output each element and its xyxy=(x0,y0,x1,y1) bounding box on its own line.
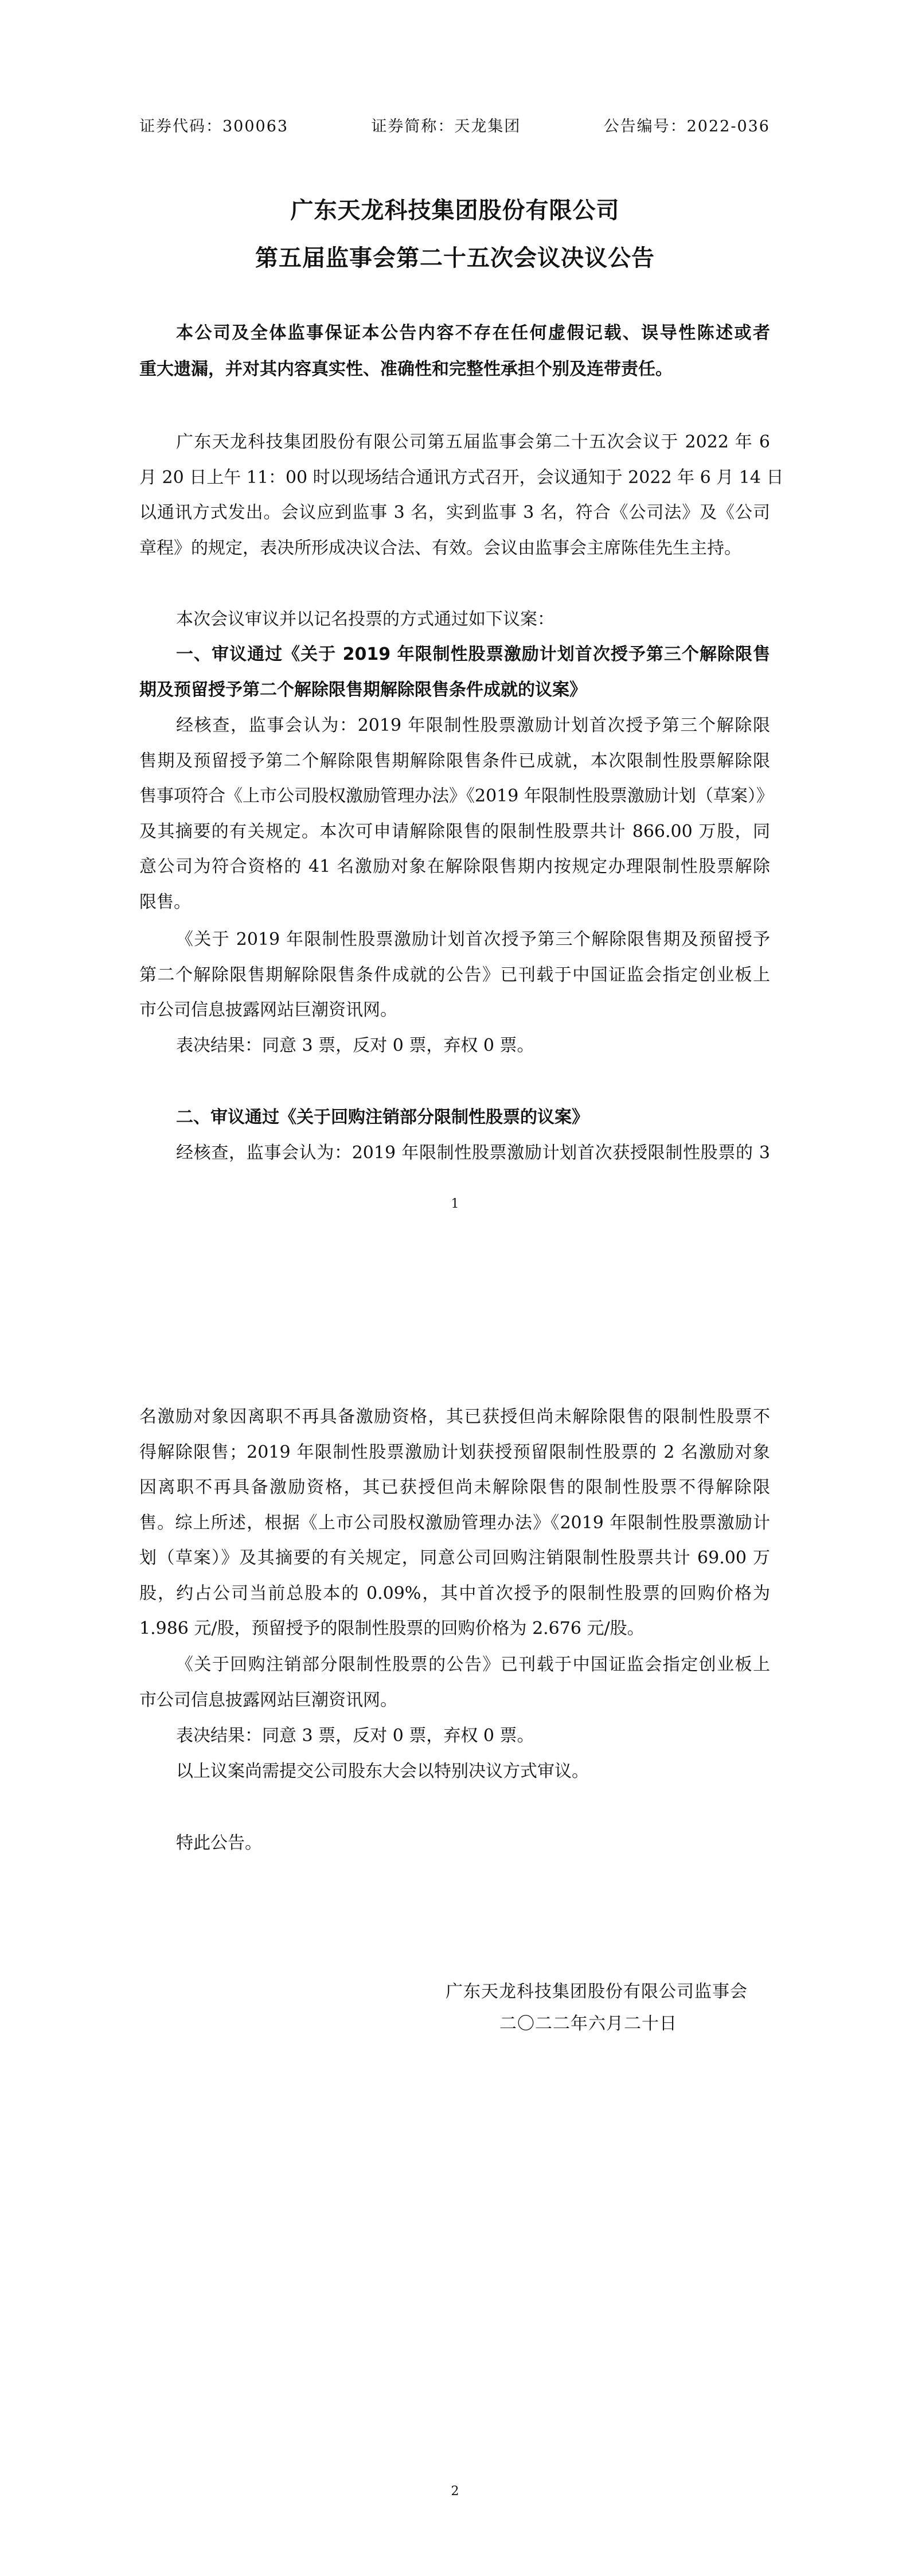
item1-review-line: 意公司为符合资格的 41 名激励对象在解除限售期内按规定办理限制性股票解除 xyxy=(139,854,770,881)
document-header: 证券代码：300063 证券简称：天龙集团 公告编号：2022-036 xyxy=(139,114,770,137)
item1-review-line: 限售。 xyxy=(139,889,770,916)
item2-review-line: 得解除限售；2019 年限制性股票激励计划获授预留限制性股票的 2 名激励对象 xyxy=(139,1439,770,1466)
item2-review-line: 划（草案）》及其摘要的有关规定，同意公司回购注销限制性股票共计 69.00 万 xyxy=(139,1545,770,1572)
stock-code: 证券代码：300063 xyxy=(139,114,288,137)
item2-review-page1: 经核查，监事会认为：2019 年限制性股票激励计划首次获授限制性股票的 3 xyxy=(139,1140,770,1167)
item2-notice-line: 市公司信息披露网站巨潮资讯网。 xyxy=(139,1687,770,1714)
intro-paragraph: 广东天龙科技集团股份有限公司第五届监事会第二十五次会议于 2022 年 6 月 … xyxy=(139,429,770,562)
announcement-number: 公告编号：2022-036 xyxy=(604,114,770,137)
item1-heading: 一、审议通过《关于 2019 年限制性股票激励计划首次授予第三个解除限售 期及预… xyxy=(139,641,770,703)
submission-note: 以上议案尚需提交公司股东大会以特别决议方式审议。 xyxy=(139,1758,770,1785)
announcement-document: 证券代码：300063 证券简称：天龙集团 公告编号：2022-036 广东天龙… xyxy=(0,0,910,2576)
intro-line: 广东天龙科技集团股份有限公司第五届监事会第二十五次会议于 2022 年 6 xyxy=(139,429,770,456)
item2-heading-line: 二、审议通过《关于回购注销部分限制性股票的议案》 xyxy=(139,1104,770,1131)
item1-review-line: 售事项符合《上市公司股权激励管理办法》《2019 年限制性股票激励计划（草案）》 xyxy=(139,783,770,810)
item2-vote-result: 表决结果：同意 3 票，反对 0 票，弃权 0 票。 xyxy=(139,1723,770,1750)
item1-notice-line: 《关于 2019 年限制性股票激励计划首次授予第三个解除限售期及预留授予 xyxy=(139,927,770,954)
signature-date: 二〇二二年六月二十日 xyxy=(499,2009,677,2034)
item1-vote-result: 表决结果：同意 3 票，反对 0 票，弃权 0 票。 xyxy=(139,1033,770,1060)
item1-review-paragraph: 经核查，监事会认为：2019 年限制性股票激励计划首次授予第三个解除限 售期及预… xyxy=(139,713,770,916)
item2-review-line: 名激励对象因离职不再具备激励资格，其已获授但尚未解除限售的限制性股票不 xyxy=(139,1404,770,1431)
disclaimer-line: 重大遗漏，并对其内容真实性、准确性和完整性承担个别及连带责任。 xyxy=(139,356,770,383)
vote-result-line: 表决结果：同意 3 票，反对 0 票，弃权 0 票。 xyxy=(139,1033,770,1060)
lead-in-paragraph: 本次会议审议并以记名投票的方式通过如下议案： xyxy=(139,606,770,633)
item1-notice-paragraph: 《关于 2019 年限制性股票激励计划首次授予第三个解除限售期及预留授予 第二个… xyxy=(139,927,770,1024)
item1-heading-line: 一、审议通过《关于 2019 年限制性股票激励计划首次授予第三个解除限售 xyxy=(139,641,770,668)
item2-review-line: 售。综上所述，根据《上市公司股权激励管理办法》《2019 年限制性股票激励计 xyxy=(139,1510,770,1537)
announcement-title: 第五届监事会第二十五次会议决议公告 xyxy=(0,240,910,273)
stock-abbreviation: 证券简称：天龙集团 xyxy=(371,114,521,137)
item2-review-line: 股，约占公司当前总股本的 0.09%，其中首次授予的限制性股票的回购价格为 xyxy=(139,1581,770,1608)
item2-notice-line: 《关于回购注销部分限制性股票的公告》已刊载于中国证监会指定创业板上 xyxy=(139,1652,770,1679)
item2-review-line: 1.986 元/股，预留授予的限制性股票的回购价格为 2.676 元/股。 xyxy=(139,1616,770,1643)
item1-review-line: 售期及预留授予第二个解除限售期解除限售条件已成就，本次限制性股票解除限 xyxy=(139,748,770,775)
closing-line: 特此公告。 xyxy=(139,1830,770,1857)
intro-line: 以通讯方式发出。会议应到监事 3 名，实到监事 3 名，符合《公司法》及《公司 xyxy=(139,500,770,527)
item2-review-line: 因离职不再具备激励资格，其已获授但尚未解除限售的限制性股票不得解除限 xyxy=(139,1474,770,1501)
item2-notice-paragraph: 《关于回购注销部分限制性股票的公告》已刊载于中国证监会指定创业板上 市公司信息披… xyxy=(139,1652,770,1714)
page-number-2: 2 xyxy=(0,2484,910,2499)
item1-review-line: 及其摘要的有关规定。本次可申请解除限售的限制性股票共计 866.00 万股，同 xyxy=(139,819,770,846)
vote-result-line: 表决结果：同意 3 票，反对 0 票，弃权 0 票。 xyxy=(139,1723,770,1750)
closing-announcement: 特此公告。 xyxy=(139,1830,770,1857)
item1-review-line: 经核查，监事会认为：2019 年限制性股票激励计划首次授予第三个解除限 xyxy=(139,713,770,740)
item1-notice-line: 市公司信息披露网站巨潮资讯网。 xyxy=(139,997,770,1024)
item1-notice-line: 第二个解除限售期解除限售条件成就的公告》已刊载于中国证监会指定创业板上 xyxy=(139,962,770,989)
item2-review-page2: 名激励对象因离职不再具备激励资格，其已获授但尚未解除限售的限制性股票不 得解除限… xyxy=(139,1404,770,1643)
intro-line: 月 20 日上午 11：00 时以现场结合通讯方式召开，会议通知于 2022 年… xyxy=(139,465,770,492)
item2-heading: 二、审议通过《关于回购注销部分限制性股票的议案》 xyxy=(139,1104,770,1131)
signature-organization: 广东天龙科技集团股份有限公司监事会 xyxy=(446,1977,748,2002)
item2-review-line: 经核查，监事会认为：2019 年限制性股票激励计划首次获授限制性股票的 3 xyxy=(139,1140,770,1167)
disclaimer-line: 本公司及全体监事保证本公告内容不存在任何虚假记载、误导性陈述或者 xyxy=(139,320,770,347)
item1-heading-line: 期及预留授予第二个解除限售期解除限售条件成就的议案》 xyxy=(139,677,770,704)
submission-line: 以上议案尚需提交公司股东大会以特别决议方式审议。 xyxy=(139,1758,770,1785)
company-title: 广东天龙科技集团股份有限公司 xyxy=(0,192,910,225)
page-number-1: 1 xyxy=(0,1197,910,1211)
lead-in-line: 本次会议审议并以记名投票的方式通过如下议案： xyxy=(139,606,770,633)
disclaimer: 本公司及全体监事保证本公告内容不存在任何虚假记载、误导性陈述或者 重大遗漏，并对… xyxy=(139,320,770,383)
intro-line: 章程》的规定，表决所形成决议合法、有效。会议由监事会主席陈佳先生主持。 xyxy=(139,535,770,562)
